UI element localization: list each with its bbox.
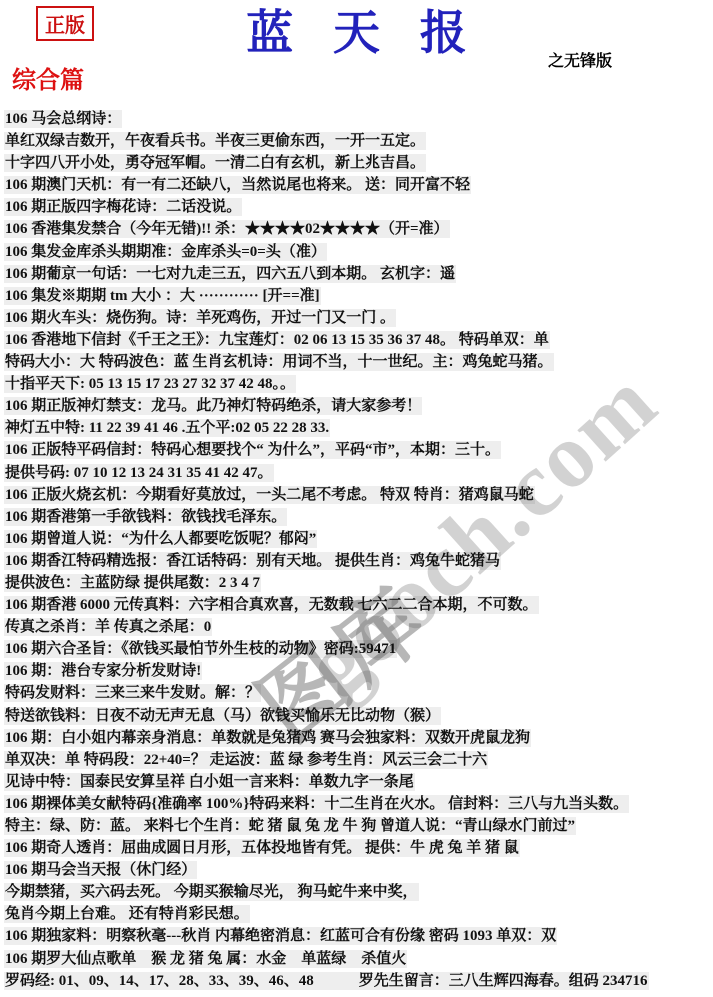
report-line-text: 兔肖今期上台难。 还有特肖彩民想。 bbox=[4, 905, 250, 923]
report-line-text: 提供号码: 07 10 12 13 24 31 35 41 42 47。 bbox=[4, 464, 274, 482]
report-line: 见诗中特：国泰民安算呈祥 白小姐一言来料：单数九字一条尾 bbox=[4, 771, 709, 793]
report-line-text: 106 期澳门天机：有一有二还缺八，当然说尾也将来。 送：同开富不轻 bbox=[4, 176, 471, 194]
report-line-text: 106 期罗大仙点歌单 猴 龙 猪 兔 属：水金 单蓝绿 杀值火 bbox=[4, 950, 407, 968]
report-line-text: 见诗中特：国泰民安算呈祥 白小姐一言来料：单数九字一条尾 bbox=[4, 773, 415, 791]
report-line: 传真之杀肖：羊 传真之杀尾：0 bbox=[4, 616, 709, 638]
report-line-text: 106 期火车头：烧伤狗。诗：羊死鸡伤，开过一门又一门 。 bbox=[4, 309, 396, 327]
report-line-text: 特送欲钱料：日夜不动无声无息（马）欲钱买愉乐无比动物（猴） bbox=[4, 707, 441, 725]
report-line-text: 提供波色：主蓝防绿 提供尾数：2 3 4 7 bbox=[4, 574, 261, 592]
report-line: 兔肖今期上台难。 还有特肖彩民想。 bbox=[4, 903, 709, 925]
report-line: 特主：绿、防：蓝。 来料七个生肖：蛇 猪 鼠 兔 龙 牛 狗 曾道人说：“青山绿… bbox=[4, 815, 709, 837]
report-line: 十字四八开小处，勇夺冠军帽。一清二白有玄机，新上兆吉昌。 bbox=[4, 152, 709, 174]
report-line: 特码发财料：三来三来牛发财。解：？ bbox=[4, 682, 709, 704]
report-line-text: 特码大小：大 特码波色：蓝 生肖玄机诗：用词不当，十一世纪。主：鸡兔蛇马猪。 bbox=[4, 353, 554, 371]
report-line-text: 特码发财料：三来三来牛发财。解：？ bbox=[4, 684, 261, 702]
report-line: 106 集发金库杀头期期准：金库杀头=0=头（准） bbox=[4, 241, 709, 263]
report-line-text: 106 期：港台专家分析发财诗! bbox=[4, 662, 202, 680]
report-line: 106 期火车头：烧伤狗。诗：羊死鸡伤，开过一门又一门 。 bbox=[4, 307, 709, 329]
report-line-text: 106 期香港第一手欲钱料：欲钱找毛泽东。 bbox=[4, 508, 287, 526]
report-line: 106 期香江特码精选报：香江话特码：别有天地。 提供生肖：鸡兔牛蛇猪马 bbox=[4, 550, 709, 572]
report-line-text: 罗码经: 01、09、14、17、28、33、39、46、48 罗先生留言：三八… bbox=[4, 972, 649, 990]
report-line: 今期禁猪，买六码去死。 今期买猴输尽光， 狗马蛇牛来中奖， bbox=[4, 881, 709, 903]
report-body: 106 马会总纲诗：单红双绿吉数开，午夜看兵书。半夜三更偷东西，一开一五定。十字… bbox=[0, 108, 713, 992]
report-line-text: 106 期正版神灯禁支：龙马。此乃神灯特码绝杀，请大家参考！ bbox=[4, 397, 422, 415]
report-line: 106 期六合圣旨：《欲钱买最怕节外生枝的动物》密码:59471 bbox=[4, 638, 709, 660]
report-line-text: 106 期香江特码精选报：香江话特码：别有天地。 提供生肖：鸡兔牛蛇猪马 bbox=[4, 552, 501, 570]
report-line-text: 106 期香港 6000 元传真料：六字相合真欢喜，无数载 七六二二合本期，不可… bbox=[4, 596, 539, 614]
edition-label: 之无锋版 bbox=[548, 48, 612, 71]
report-line: 106 期马会当天报（休门经） bbox=[4, 859, 709, 881]
report-line: 106 期曾道人说：“为什么人都要吃饭呢？郁闷” bbox=[4, 528, 709, 550]
scanned-report-page: { "header": { "badge": "正版", "title": "蓝… bbox=[0, 0, 713, 997]
report-line: 提供号码: 07 10 12 13 24 31 35 41 42 47。 bbox=[4, 462, 709, 484]
report-line: 106 期澳门天机：有一有二还缺八，当然说尾也将来。 送：同开富不轻 bbox=[4, 174, 709, 196]
report-line: 106 期香港 6000 元传真料：六字相合真欢喜，无数载 七六二二合本期，不可… bbox=[4, 594, 709, 616]
report-line: 106 期罗大仙点歌单 猴 龙 猪 兔 属：水金 单蓝绿 杀值火 bbox=[4, 948, 709, 970]
report-line: 106 期正版神灯禁支：龙马。此乃神灯特码绝杀，请大家参考！ bbox=[4, 395, 709, 417]
report-line-text: 106 香港地下信封《千王之王》：九宝莲灯：02 06 13 15 35 36 … bbox=[4, 331, 550, 349]
report-line-text: 106 正版火烧玄机：今期看好莫放过，一头二尾不考虑。 特双 特肖：猪鸡鼠马蛇 bbox=[4, 486, 535, 504]
report-line: 单红双绿吉数开，午夜看兵书。半夜三更偷东西，一开一五定。 bbox=[4, 130, 709, 152]
report-line-text: 106 正版特平码信封：特码心想要找个“ 为什么”，平码“市”，本期：三十。 bbox=[4, 441, 501, 459]
report-line-text: 106 期正版四字梅花诗：二话没说。 bbox=[4, 198, 242, 216]
report-line-text: 106 集发金库杀头期期准：金库杀头=0=头（准） bbox=[4, 243, 327, 261]
report-line: 106 马会总纲诗： bbox=[4, 108, 709, 130]
report-line: 罗码经: 01、09、14、17、28、33、39、46、48 罗先生留言：三八… bbox=[4, 970, 709, 992]
report-line-text: 单红双绿吉数开，午夜看兵书。半夜三更偷东西，一开一五定。 bbox=[4, 132, 426, 150]
report-line-text: 106 期六合圣旨：《欲钱买最怕节外生枝的动物》密码:59471 bbox=[4, 640, 397, 658]
report-line-text: 十指平天下: 05 13 15 17 23 27 32 37 42 48。。 bbox=[4, 375, 296, 393]
report-line-text: 106 期马会当天报（休门经） bbox=[4, 861, 197, 879]
report-line-text: 神灯五中特: 11 22 39 41 46 .五个平:02 05 22 28 3… bbox=[4, 419, 330, 437]
report-line-text: 106 期葡京一句话：一七对九走三五，四六五八到本期。 玄机字：遥 bbox=[4, 265, 456, 283]
report-line-text: 106 期独家料：明察秋毫---秋肖 内幕绝密消息：红蓝可合有份缘 密码 109… bbox=[4, 927, 557, 945]
report-line-text: 106 马会总纲诗： bbox=[4, 110, 122, 128]
report-line: 106 期葡京一句话：一七对九走三五，四六五八到本期。 玄机字：遥 bbox=[4, 263, 709, 285]
report-line: 特码大小：大 特码波色：蓝 生肖玄机诗：用词不当，十一世纪。主：鸡兔蛇马猪。 bbox=[4, 351, 709, 373]
report-line: 106 期：港台专家分析发财诗! bbox=[4, 660, 709, 682]
report-line-text: 特主：绿、防：蓝。 来料七个生肖：蛇 猪 鼠 兔 龙 牛 狗 曾道人说：“青山绿… bbox=[4, 817, 576, 835]
report-line-text: 106 期奇人透肖：屈曲成圆日月形，五体投地皆有凭。 提供：牛 虎 兔 羊 猪 … bbox=[4, 839, 520, 857]
report-line-text: 传真之杀肖：羊 传真之杀尾：0 bbox=[4, 618, 212, 636]
report-line: 特送欲钱料：日夜不动无声无息（马）欲钱买愉乐无比动物（猴） bbox=[4, 705, 709, 727]
report-line-text: 十字四八开小处，勇夺冠军帽。一清二白有玄机，新上兆吉昌。 bbox=[4, 154, 426, 172]
report-line-text: 106 期裸体美女献特码{准确率 100%}特码来料：十二生肖在火水。 信封料：… bbox=[4, 795, 629, 813]
report-line: 单双决：单 特码段：22+40=？ 走运波：蓝 绿 参考生肖：风云三会二十六 bbox=[4, 749, 709, 771]
report-line: 106 期奇人透肖：屈曲成圆日月形，五体投地皆有凭。 提供：牛 虎 兔 羊 猪 … bbox=[4, 837, 709, 859]
report-line-text: 106 期：白小姐内幕亲身消息：单数就是兔猪鸡 赛马会独家料：双数开虎鼠龙狗 bbox=[4, 729, 531, 747]
section-heading: 综合篇 bbox=[12, 60, 84, 95]
report-line-text: 单双决：单 特码段：22+40=？ 走运波：蓝 绿 参考生肖：风云三会二十六 bbox=[4, 751, 488, 769]
report-line-text: 今期禁猪，买六码去死。 今期买猴输尽光， 狗马蛇牛来中奖， bbox=[4, 883, 419, 901]
report-line: 106 正版特平码信封：特码心想要找个“ 为什么”，平码“市”，本期：三十。 bbox=[4, 439, 709, 461]
report-line: 106 期：白小姐内幕亲身消息：单数就是兔猪鸡 赛马会独家料：双数开虎鼠龙狗 bbox=[4, 727, 709, 749]
report-line: 106 正版火烧玄机：今期看好莫放过，一头二尾不考虑。 特双 特肖：猪鸡鼠马蛇 bbox=[4, 484, 709, 506]
report-line: 106 集发※期期 tm 大小 ：大 ············ [开==准] bbox=[4, 285, 709, 307]
report-line: 106 期香港第一手欲钱料：欲钱找毛泽东。 bbox=[4, 506, 709, 528]
report-line-text: 106 集发※期期 tm 大小 ：大 ············ [开==准] bbox=[4, 287, 321, 305]
report-line: 提供波色：主蓝防绿 提供尾数：2 3 4 7 bbox=[4, 572, 709, 594]
report-line-text: 106 期曾道人说：“为什么人都要吃饭呢？郁闷” bbox=[4, 530, 317, 548]
report-line: 106 期正版四字梅花诗：二话没说。 bbox=[4, 196, 709, 218]
report-line: 106 期独家料：明察秋毫---秋肖 内幕绝密消息：红蓝可合有份缘 密码 109… bbox=[4, 925, 709, 947]
report-line: 106 香港集发禁合（今年无错)!! 杀：★★★★02★★★★（开=准） bbox=[4, 218, 709, 240]
report-line: 神灯五中特: 11 22 39 41 46 .五个平:02 05 22 28 3… bbox=[4, 417, 709, 439]
report-line-text: 106 香港集发禁合（今年无错)!! 杀：★★★★02★★★★（开=准） bbox=[4, 220, 450, 238]
report-line: 十指平天下: 05 13 15 17 23 27 32 37 42 48。。 bbox=[4, 373, 709, 395]
report-line: 106 香港地下信封《千王之王》：九宝莲灯：02 06 13 15 35 36 … bbox=[4, 329, 709, 351]
report-line: 106 期裸体美女献特码{准确率 100%}特码来料：十二生肖在火水。 信封料：… bbox=[4, 793, 709, 815]
